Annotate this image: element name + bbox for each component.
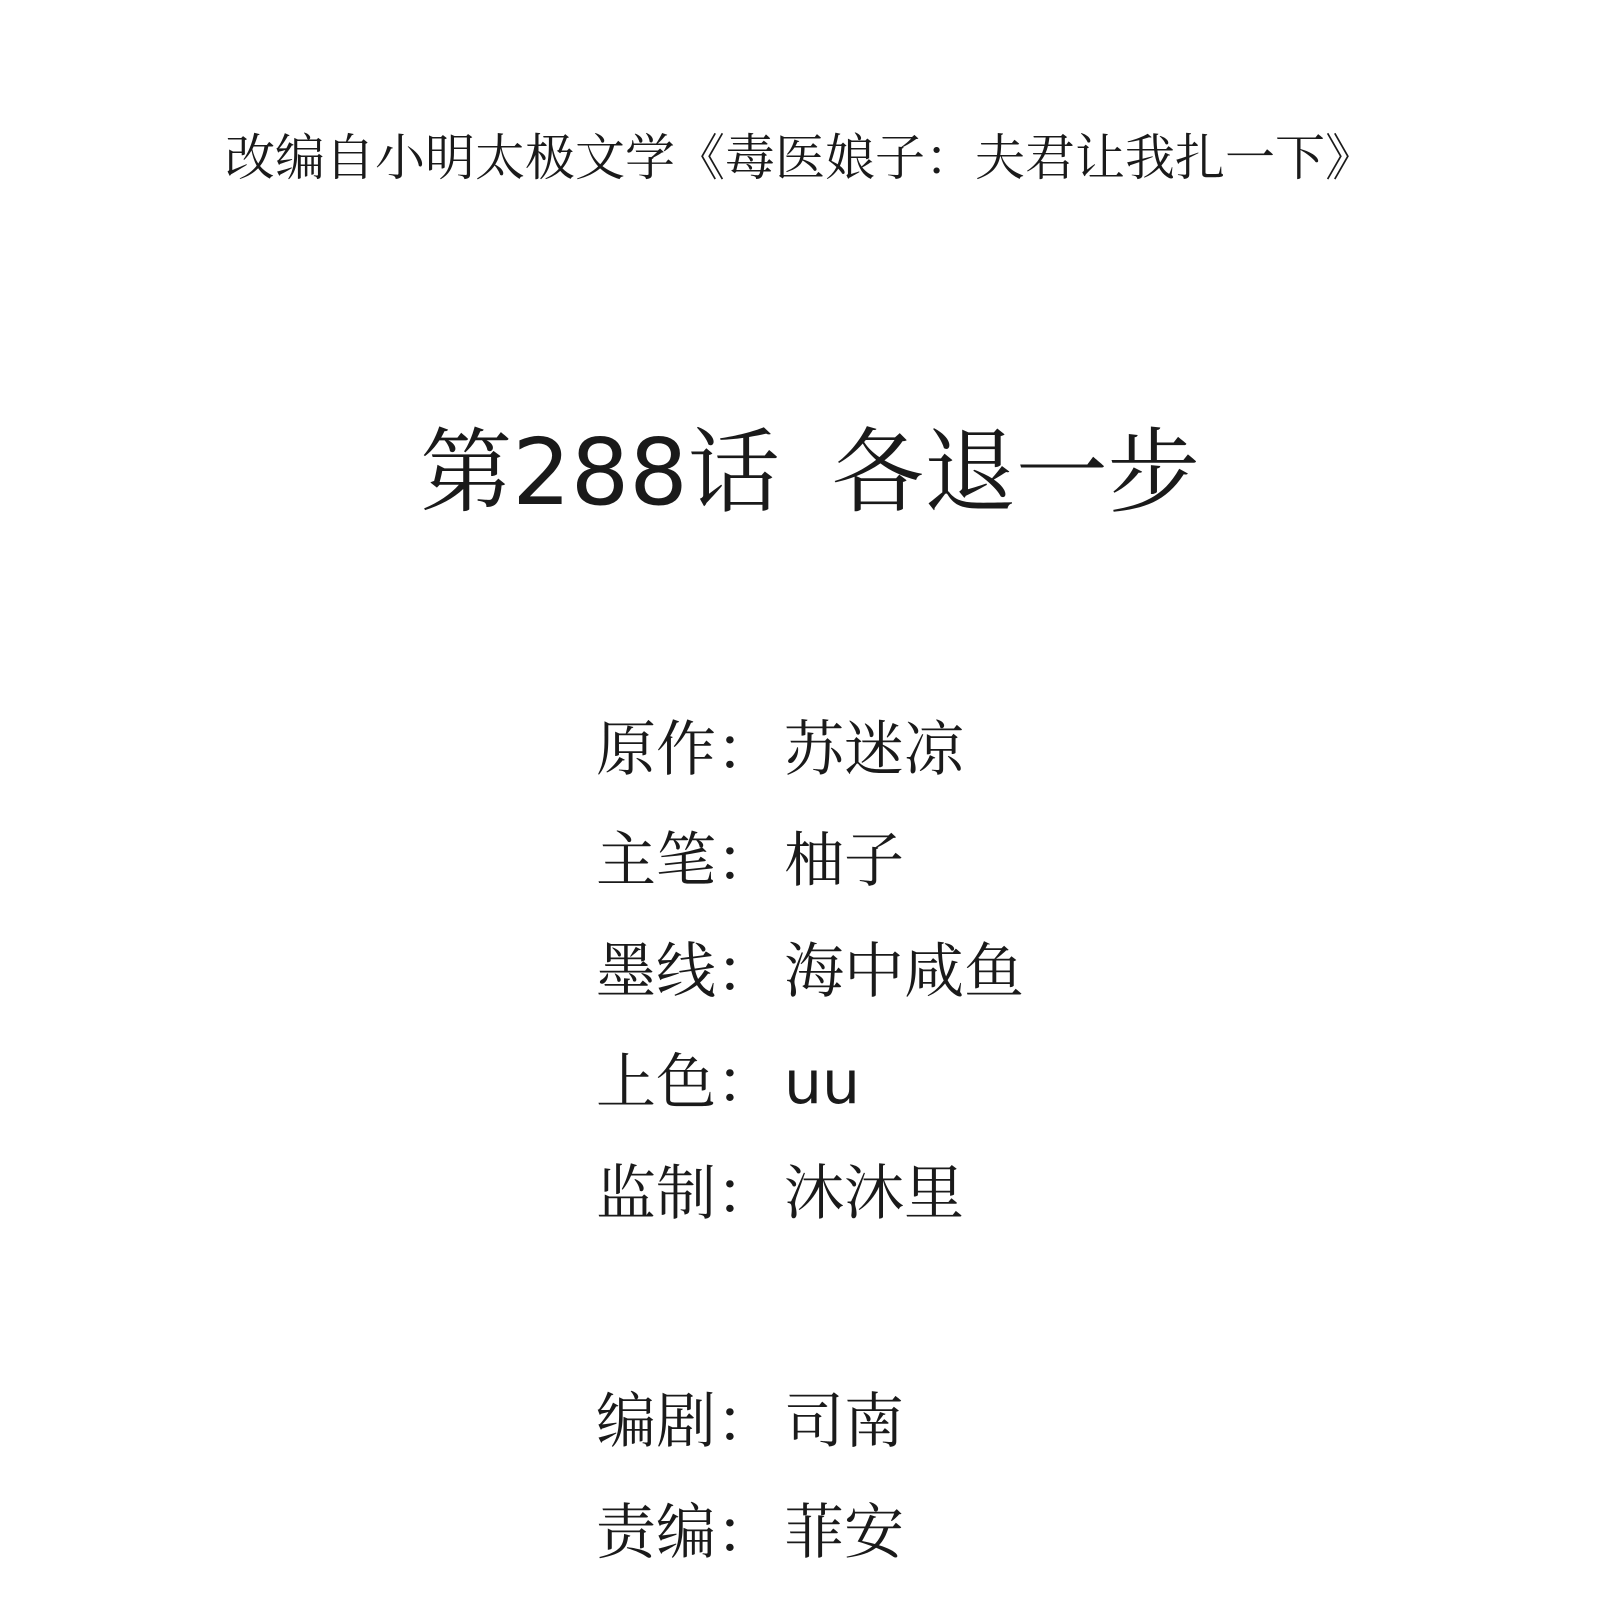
credit-name: uu — [784, 1048, 860, 1118]
credit-name: 柚子 — [784, 826, 904, 896]
credit-line-art: 墨线：海中咸鱼 — [596, 932, 1024, 1043]
credit-name: 海中咸鱼 — [784, 937, 1024, 1007]
credit-role: 原作： — [596, 710, 784, 790]
chapter-number: 第288话 — [420, 419, 780, 526]
credit-role: 编剧： — [596, 1382, 784, 1462]
credits-block: 原作：苏迷凉 主笔：柚子 墨线：海中咸鱼 上色：uu 监制：沐沐里 编剧：司南 … — [596, 710, 1024, 1600]
credit-role: 主笔： — [596, 821, 784, 901]
credit-name: 苏迷凉 — [784, 715, 964, 785]
chapter-heading: 第288话各退一步 — [0, 418, 1600, 528]
credit-lead-artist: 主笔：柚子 — [596, 821, 1024, 932]
credit-role: 上色： — [596, 1043, 784, 1123]
credit-role: 墨线： — [596, 932, 784, 1012]
credit-role: 监制： — [596, 1154, 784, 1234]
adaptation-source-line: 改编自小明太极文学《毒医娘子：夫君让我扎一下》 — [0, 128, 1600, 188]
credit-coloring: 上色：uu — [596, 1043, 1024, 1154]
divider-space — [596, 1265, 1024, 1382]
credit-supervisor: 监制：沐沐里 — [596, 1154, 1024, 1265]
credit-name: 沐沐里 — [784, 1159, 964, 1229]
chapter-title: 各退一步 — [832, 419, 1200, 526]
credit-original-author: 原作：苏迷凉 — [596, 710, 1024, 821]
credit-role: 责编： — [596, 1493, 784, 1573]
credit-editor: 责编：菲安 — [596, 1493, 1024, 1600]
credit-screenwriter: 编剧：司南 — [596, 1382, 1024, 1493]
credit-name: 司南 — [784, 1387, 904, 1457]
credit-name: 菲安 — [784, 1498, 904, 1568]
